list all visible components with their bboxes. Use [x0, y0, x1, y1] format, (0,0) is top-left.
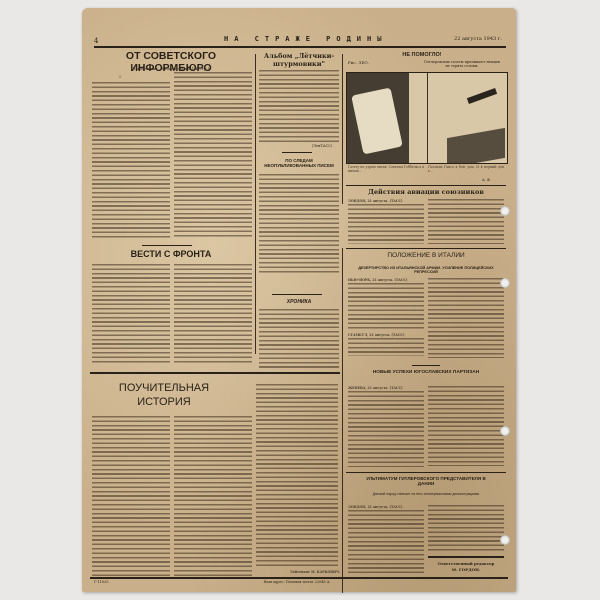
- letters-headline: ПО СЛЕДАМ НЕОПУБЛИКОВАННЫХ ПИСЕМ: [259, 158, 339, 168]
- cartoon-credit: Рис. ЛЕО.: [348, 60, 369, 65]
- front-news-column-2: [174, 264, 252, 364]
- newspaper-page: 4 НА СТРАЖЕ РОДИНЫ 22 августа 1943 г. ОТ…: [82, 8, 516, 592]
- italy-column-1b: [348, 338, 424, 356]
- aviation-dateline: ЛОНДОН, 21 августа. (ТАСС): [348, 199, 424, 203]
- divider: [412, 365, 440, 366]
- binding-hole: [500, 535, 510, 545]
- divider: [346, 185, 506, 186]
- divider: [142, 245, 192, 246]
- aviation-column-2: [428, 199, 504, 244]
- star-icon: ☆: [110, 74, 130, 79]
- yugoslav-headline: НОВЫЕ УСПЕХИ ЮГОСЛАВСКИХ ПАРТИЗАН: [358, 370, 494, 375]
- sovinform-column-2: [174, 72, 252, 238]
- binding-hole: [500, 278, 510, 288]
- story-column-1: [92, 416, 170, 576]
- divider: [346, 248, 506, 249]
- divider: [282, 152, 312, 153]
- cartoon-signature: А. Ф.: [482, 178, 491, 182]
- aviation-column-1: [348, 204, 424, 244]
- editor-name: М. ГОРДОН.: [428, 567, 504, 572]
- issue-date: 22 августа 1943 г.: [454, 36, 502, 42]
- cartoon-verse-left: Газету по утрам читая, Советам Геббельса…: [348, 165, 424, 174]
- footer-rule: [90, 577, 508, 579]
- ultimatum-dateline: ЛОНДОН, 21 августа. (ТАСС): [348, 505, 424, 509]
- ultimatum-subhead: Датский народ отвечает на него антигерма…: [358, 492, 494, 496]
- ultimatum-column-1: [348, 510, 424, 574]
- divider: [428, 556, 504, 558]
- front-news-column-1: [92, 264, 170, 364]
- divider: [346, 472, 506, 473]
- italy-subhead: ДЕЗЕРТИРСТВО ИЗ ИТАЛЬЯНСКОЙ АРМИИ. УСИЛЕ…: [358, 266, 494, 274]
- aviation-headline: Действия авиации союзников: [346, 188, 506, 196]
- tank-figure: [447, 128, 505, 164]
- page-number: 4: [94, 37, 98, 45]
- binding-hole: [500, 426, 510, 436]
- ultimatum-column-2: [428, 505, 504, 551]
- chronicle-headline: ХРОНИКА: [259, 299, 339, 305]
- italy-column-2: [428, 278, 504, 358]
- italy-headline: ПОЛОЖЕНИЕ В ИТАЛИИ: [346, 252, 506, 259]
- column-divider: [342, 54, 343, 204]
- editor-label: Ответственный редактор: [428, 561, 504, 566]
- divider: [90, 372, 340, 374]
- column-divider: [342, 248, 343, 593]
- album-headline: Альбом „Лётчики-штурмовики": [259, 52, 339, 68]
- story-author: Лейтенант М. КАРКОВИЧ.: [260, 570, 340, 574]
- letters-text: [259, 174, 339, 274]
- sovinform-subhead: (Окончание. Начало см. на 1-й стр.): [90, 66, 252, 71]
- chronicle-text: [259, 309, 339, 369]
- cartoon-headline: НЕ ПОМОГЛО!: [382, 52, 462, 58]
- print-code: Г-11035: [94, 580, 109, 584]
- album-signature: (ЛенТАСС): [302, 144, 342, 148]
- ultimatum-headline: УЛЬТИМАТУМ ГИТЛЕРОВСКОГО ПРЕДСТАВИТЕЛЯ В…: [358, 476, 494, 486]
- italy-column-1a: [348, 283, 424, 331]
- cartoon-caption: Гитлеровские газеты призывают немцев не …: [422, 60, 502, 68]
- masthead: 4 НА СТРАЖЕ РОДИНЫ 22 августа 1943 г.: [94, 34, 506, 48]
- yugoslav-dateline: ЖЕНЕВА, 21 августа. (ТАСС): [348, 386, 424, 390]
- gun-barrel: [467, 88, 497, 104]
- newspaper-title: НА СТРАЖЕ РОДИНЫ: [224, 35, 387, 43]
- cartoon-illustration: [346, 72, 508, 164]
- story-headline-line-1: ПОУЧИТЕЛЬНАЯ: [94, 382, 234, 394]
- story-column-3: [256, 384, 338, 568]
- column-divider: [255, 54, 256, 354]
- italy-dateline: НЬЮ-ЙОРК, 21 августа. (ТАСС): [348, 278, 424, 282]
- cartoon-verse-right: Послали Ганса в бой, ума, И в первый ден…: [428, 165, 504, 174]
- divider: [272, 294, 322, 295]
- sovinform-column-1: [92, 82, 170, 238]
- binding-hole: [500, 206, 510, 216]
- album-text: [259, 70, 339, 142]
- italy-dateline-2: СТАМБУЛ, 21 августа. (ТАСС): [348, 333, 424, 337]
- editorial-address: Наш адрес: Полевая почта 22048 А.: [232, 580, 362, 584]
- story-headline-line-2: ИСТОРИЯ: [94, 396, 234, 408]
- story-column-2: [174, 416, 252, 576]
- front-news-headline: ВЕСТИ С ФРОНТА: [90, 249, 252, 259]
- yugoslav-column-1: [348, 391, 424, 467]
- yugoslav-column-2: [428, 386, 504, 466]
